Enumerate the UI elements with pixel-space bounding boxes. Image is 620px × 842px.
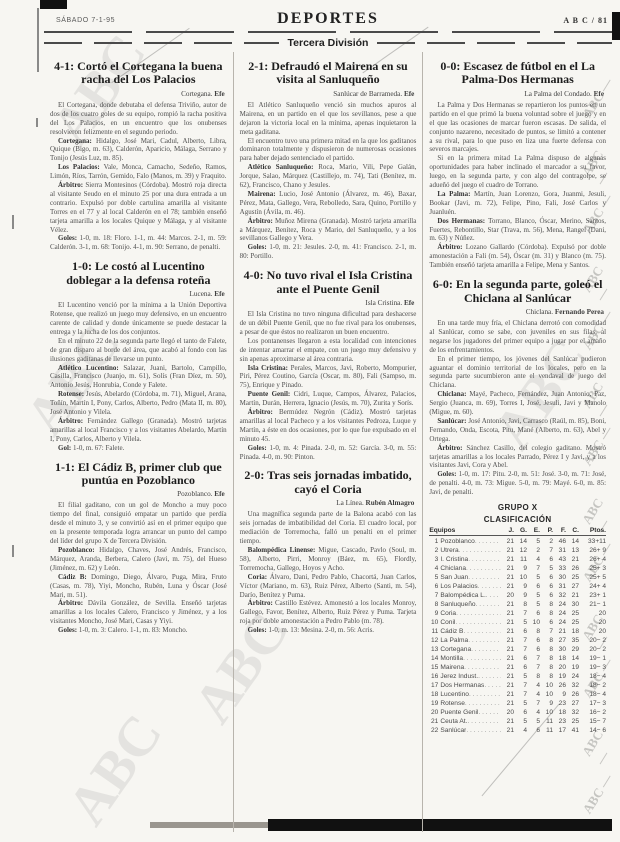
standings-points: 18− 4 [579,672,606,681]
standings-team: Los Palacios [440,582,477,591]
standings-rank: 4 [429,564,438,573]
article-paragraph: Goles: 1-0, m. 21: Jesules. 2-0, m. 41: … [240,243,417,261]
standings-value: 31 [553,546,566,555]
paragraph-lead: Gol: [58,444,73,452]
standings-value: 23 [553,717,566,726]
paragraph-lead: Rotense: [58,390,86,398]
standings-team: Pozoblanco [440,537,474,546]
article: 2-1: Defraudó el Mairena en su visita al… [240,60,417,261]
article-paragraph: Árbitro: Sánchez Casillo, del colegio ga… [429,444,606,471]
masthead: SÁBADO 7-1-95 DEPORTES A B C / 81 [44,10,612,32]
standings-value: 7 [514,645,527,654]
standings-row: 5 San Juan . . . . . . . . . . . . . . .… [429,573,606,582]
paragraph-lead: Los Palacios: [58,163,104,171]
standings-value: 20 [553,663,566,672]
standings-value: 21 [501,672,514,681]
paragraph-lead: Cádiz B: [58,573,91,581]
standings-value: 25 [566,618,579,627]
standings-row: 7 Balompédica L. . . . . . . . . . . . .… [429,591,606,600]
paragraph-lead: Árbitro: [58,599,88,607]
paragraph-lead: Goles: [248,626,269,634]
dot-leader: . . . . . . . . . . . . . . . . [466,564,501,573]
standings-points: 26+ 4 [579,555,606,564]
dash-rule-left [44,42,279,44]
standings-value: 9 [514,564,527,573]
article: 4-1: Cortó el Cortegana la buena racha d… [50,60,227,252]
paragraph-lead: Balompédica Linense: [248,546,319,554]
standings-rank: 7 [429,591,438,600]
standings-value: 8 [540,600,553,609]
standings-value: 21 [553,627,566,636]
standings-value: 32 [553,591,566,600]
standings-team: I. Cristina [440,555,468,564]
standings-value: 8 [527,627,540,636]
standings-value: 30 [553,573,566,582]
standings-row: 6 Los Palacios . . . . . . . . . . . . .… [429,582,606,591]
dot-leader: . . . . . . . . . . . . . . . . [468,555,501,564]
standings-value: 21 [501,573,514,582]
standings-header-cell: J. [501,527,514,534]
article-paragraph: El encuentro tuvo una primera mitad en l… [240,137,417,164]
paragraph-lead: Isla Cristina: [248,364,291,372]
standings-value: 4 [527,555,540,564]
standings-value: 21 [501,537,514,546]
standings-value: 14 [566,654,579,663]
dot-leader: . . . . . . . . . . . . . . . . [478,582,501,591]
standings-points: 21− 1 [579,600,606,609]
standings-value: 25 [566,609,579,618]
standings-team: Cortegana [440,645,471,654]
standings-value: 5 [514,618,527,627]
standings-value: 20 [501,591,514,600]
standings-value: 11 [540,726,553,735]
standings-value: 27 [566,699,579,708]
dot-leader: . . . . . . . . . . . . . . . . [463,654,501,663]
standings-value: 13 [566,546,579,555]
standings-rank: 20 [429,708,438,717]
dot-leader: . . . . . . . . . . . . . . . . [463,627,501,636]
article-paragraph: Árbitro: Dávila González, de Sevilla. En… [50,599,227,626]
byline-source: Fernando Perea [555,308,604,316]
article-paragraph: La Palma y Dos Hermanas se repartieron l… [429,101,606,154]
standings-row: 15 Mairena . . . . . . . . . . . . . . .… [429,663,606,672]
standings-team: Jerez Indust. [440,672,478,681]
scan-artifact-top-right [612,12,620,40]
standings-value: 26 [553,681,566,690]
standings-header-cell: Ptos. [579,527,606,534]
standings-points: 20 [579,627,606,636]
standings-value: 10 [514,573,527,582]
standings-value: 4 [527,690,540,699]
dot-leader: . . . . . . . . . . . . . . . . [476,600,501,609]
standings-value: 7 [514,681,527,690]
article-paragraph: Gol: 1-0, m. 67: Falete. [50,444,227,453]
standings-value: 25 [566,717,579,726]
byline-location: Cortegana. [181,90,214,98]
standings-value: 30 [553,645,566,654]
standings-value: 41 [566,726,579,735]
paragraph-lead: Goles: [248,444,270,452]
article-paragraph: Árbitro: Lozano Gallardo (Córdoba). Expu… [429,243,606,270]
article-headline: 1-1: El Cádiz B, primer club que puntúa … [52,461,225,488]
standings-row: 17 Dos Hermanas . . . . . . . . . . . . … [429,681,606,690]
standings-value: 2 [527,546,540,555]
article-paragraph: En una tarde muy fría, el Chiclana derro… [429,319,606,355]
standings-value: 19 [553,672,566,681]
byline-location: Isla Cristina. [365,299,404,307]
paragraph-lead: Dos Hermanas: [437,217,488,225]
standings-value: 35 [566,636,579,645]
standings-team: Balompédica L. [440,591,485,600]
standings-value: 21 [501,582,514,591]
paragraph-lead: Árbitro: [437,444,466,452]
standings-points: 16− 2 [579,708,606,717]
standings-points: 18− 2 [579,681,606,690]
standings-value: 7 [540,627,553,636]
byline-location: Lucena. [190,290,215,298]
standings-value: 6 [514,708,527,717]
byline-location: Pozoblanco. [177,490,214,498]
paragraph-lead: La Palma: [437,190,474,198]
dot-leader: . . . . . . . . . . . . . . . . [468,636,501,645]
standings-team: San Juan [440,573,468,582]
newspaper-page: ABCABCABCABCABCABC —ABC —ABC —ABC —ABC —… [0,0,620,842]
standings-points: 26+ 9 [579,546,606,555]
standings-value: 5 [527,591,540,600]
standings-team: Ceuta At. [440,717,467,726]
standings-group-title: GRUPO X [429,503,606,512]
standings-value: 21 [501,681,514,690]
article: 0-0: Escasez de fútbol en el La Palma-Do… [429,60,606,270]
standings-row: 9 Coria . . . . . . . . . . . . . . . .2… [429,609,606,618]
margin-mark [36,118,38,127]
standings-header-cell: E. [527,527,540,534]
byline-source: Rubén Almagro [366,499,415,507]
standings-value: 2 [540,537,553,546]
article: 4-0: No tuvo rival el Isla Cristina ante… [240,269,417,461]
paragraph-lead: Árbitro: [58,417,87,425]
standings-team: Puente Genil [440,708,478,717]
standings-team: Rotense [440,699,465,708]
standings-rank: 5 [429,573,438,582]
standings-value: 21 [501,618,514,627]
standings-value: 5 [540,564,553,573]
article-paragraph: Los pontanenses llegaron a esta localida… [240,337,417,364]
section-title: DEPORTES [44,10,612,28]
standings-value: 30 [566,600,579,609]
standings-team: Mairena [440,663,464,672]
dot-leader: . . . . . . . . . . . . . . . . [478,708,501,717]
paragraph-lead: Atlético Sanluqueño: [248,163,319,171]
standings-value: 21 [501,600,514,609]
column-3: 0-0: Escasez de fútbol en el La Palma-Do… [422,52,612,832]
byline-location: La Palma del Condado. [524,90,593,98]
standings-team: Utrera [440,546,458,555]
article-paragraph: Los Palacios: Vale, Monca, Camacho, Sede… [50,163,227,181]
article-paragraph: El Isla Cristina no tuvo ninguna dificul… [240,310,417,337]
standings-rank: 10 [429,618,438,627]
standings-value: 14 [514,537,527,546]
article-paragraph: Atlético Sanluqueño: Roca, Mario, Vili, … [240,163,417,190]
paragraph-lead: Atlético Lucentino: [58,364,123,372]
article: 2-0: Tras seis jornadas imbatido, cayó e… [240,469,417,635]
standings-value: 11 [514,555,527,564]
standings-value: 8 [540,672,553,681]
article-paragraph: Balompédica Linense: Migue, Cascado, Pav… [240,546,417,573]
standings-value: 21 [501,645,514,654]
standings-value: 27 [553,636,566,645]
article-headline: 4-0: No tuvo rival el Isla Cristina ante… [242,269,415,296]
standings-row: 16 Jerez Indust. . . . . . . . . . . . .… [429,672,606,681]
standings-points: 20− 2 [579,636,606,645]
article-byline: Chiclana. Fernando Perea [431,308,604,316]
article-paragraph: Mairena: Lucio, José Antonio (Álvarez, m… [240,190,417,217]
standings-row: 10 Conil . . . . . . . . . . . . . . . .… [429,618,606,627]
standings-value: 7 [527,663,540,672]
standings-value: 21 [501,654,514,663]
standings-points: 14− 6 [579,726,606,735]
byline-location: Chiclana. [526,308,555,316]
article-byline: Isla Cristina. Efe [242,299,415,307]
standings-row: 11 Cádiz B . . . . . . . . . . . . . . .… [429,627,606,636]
article-paragraph: El Cortegana, donde debutaba el defensa … [50,101,227,137]
standings-value: 7 [540,546,553,555]
standings-value: 10 [540,708,553,717]
standings-rank: 6 [429,582,438,591]
standings-value: 21 [501,636,514,645]
standings-value: 29 [566,645,579,654]
article-paragraph: Si en la primera mitad La Palma dispuso … [429,154,606,190]
standings-value: 7 [514,690,527,699]
standings-value: 5 [514,717,527,726]
standings-value: 5 [527,537,540,546]
standings-value: 21 [501,546,514,555]
column-2: 2-1: Defraudó el Mairena en su visita al… [233,52,423,832]
dot-leader: . . . . . . . . . . . . . . . . [467,717,501,726]
standings-row: 13 Cortegana . . . . . . . . . . . . . .… [429,645,606,654]
standings-rank: 22 [429,726,438,735]
standings-header-cell: Equipos [429,527,455,534]
article-paragraph: La Palma: Martín, Juan Lorenzo, Gora, Ju… [429,190,606,217]
standings-value: 24 [553,618,566,627]
dot-leader: . . . . . . . . . . . . . . . . [455,618,501,627]
standings-value: 6 [527,645,540,654]
standings-value: 21 [501,690,514,699]
paragraph-lead: Mairena: [248,190,280,198]
standings-rank: 19 [429,699,438,708]
standings-row: 4 Chiclana . . . . . . . . . . . . . . .… [429,564,606,573]
standings-value: 6 [527,726,540,735]
article-paragraph: Árbitro: Fernández Gallego (Granada). Mo… [50,417,227,444]
standings-team: Dos Hermanas [440,681,484,690]
byline-source: Efe [214,490,224,498]
paragraph-lead: Árbitro: [248,408,279,416]
standings-value: 25 [566,573,579,582]
standings-points: 23+ 1 [579,591,606,600]
article-paragraph: Dos Hermanas: Torrano, Blanco, Óscar, Me… [429,217,606,244]
standings-points: 19− 1 [579,654,606,663]
standings-value: 7 [514,609,527,618]
paragraph-lead: Cortegana: [58,137,96,145]
dot-leader: . . . . . . . . . . . . . . . . [484,681,501,690]
article-headline: 6-0: En la segunda parte, goleó el Chicl… [431,278,604,305]
standings-value: 46 [553,537,566,546]
margin-mark [12,215,14,229]
standings-value: 21 [501,555,514,564]
dot-leader: . . . . . . . . . . . . . . . . [459,546,501,555]
standings-value: 9 [553,690,566,699]
scan-artifact-top-left [40,0,67,9]
standings-row: 1 Pozoblanco . . . . . . . . . . . . . .… [429,537,606,546]
standings-value: 32 [566,681,579,690]
standings-points: 25+ 3 [579,564,606,573]
article-paragraph: Cádiz B: Domingo, Diego, Álvaro, Puga, M… [50,573,227,600]
standings-value: 8 [540,636,553,645]
article-paragraph: Isla Cristina: Perales, Marcos, Javi, Ro… [240,364,417,391]
standings-value: 10 [527,618,540,627]
standings-table: GRUPO XCLASIFICACIÓNEquiposJ.G.E.P.F.C.P… [429,503,606,735]
standings-value: 9 [514,582,527,591]
dot-leader: . . . . . . . . . . . . . . . . [475,537,501,546]
article-headline: 1-0: Le costó al Lucentino doblegar a la… [52,260,225,287]
standings-points: 20− 2 [579,645,606,654]
article-byline: La Palma del Condado. Efe [431,90,604,98]
standings-value: 6 [540,573,553,582]
standings-value: 6 [540,582,553,591]
standings-rank: 3 [429,555,438,564]
standings-value: 10 [540,681,553,690]
standings-value: 19 [566,663,579,672]
paragraph-lead: Puente Genil: [248,390,294,398]
standings-value: 8 [540,609,553,618]
margin-mark [37,8,39,72]
paragraph-lead: Goles: [437,470,458,478]
standings-value: 10 [540,690,553,699]
standings-value: 21 [566,591,579,600]
dot-leader: . . . . . . . . . . . . . . . . [468,573,501,582]
article-paragraph: Goles: 1-0, m. 17: Pitu. 2-0, m. 51: Jos… [429,470,606,497]
standings-title: CLASIFICACIÓN [429,515,606,524]
masthead-rule [44,31,612,33]
standings-value: 9 [514,591,527,600]
dot-leader: . . . . . . . . . . . . . . . . [464,663,501,672]
byline-source: Efe [594,90,604,98]
article-paragraph: Coria: Álvaro, Dani, Pedro Pablo, Chacor… [240,573,417,600]
article-headline: 2-1: Defraudó el Mairena en su visita al… [242,60,415,87]
article-paragraph: Árbitro: Muñoz Mirena (Granada). Mostró … [240,217,417,244]
standings-value: 6 [527,636,540,645]
standings-value: 21 [501,564,514,573]
standings-value: 5 [527,573,540,582]
standings-row: 21 Ceuta At. . . . . . . . . . . . . . .… [429,717,606,726]
article-paragraph: Goles: 1-0, m. 3: Calero. 1-1, m. 83: Mo… [50,626,227,635]
byline-location: La Línea. [336,499,365,507]
byline-location: Sanlúcar de Barrameda. [333,90,404,98]
paragraph-lead: Coria: [248,573,270,581]
standings-points: 17− 3 [579,699,606,708]
article-paragraph: Goles: 1-0, m. 18: Floro. 1-1, m. 44: Ma… [50,234,227,252]
standings-rank: 8 [429,600,438,609]
standings-value: 24 [553,609,566,618]
standings-value: 8 [527,672,540,681]
standings-row: 8 Sanluqueño . . . . . . . . . . . . . .… [429,600,606,609]
article-paragraph: Árbitro: Castillo Estévez. Amonestó a lo… [240,599,417,626]
standings-rank: 14 [429,654,438,663]
standings-points: 25+ 5 [579,573,606,582]
standings-team: Montilla [440,654,463,663]
article-byline: Cortegana. Efe [52,90,225,98]
article: 6-0: En la segunda parte, goleó el Chicl… [429,278,606,497]
standings-value: 4 [514,726,527,735]
dot-leader: . . . . . . . . . . . . . . . . [469,690,501,699]
standings-rank: 2 [429,546,438,555]
standings-rank: 17 [429,681,438,690]
article-paragraph: En el primer tiempo, los jóvenes del San… [429,355,606,391]
standings-value: 18 [566,627,579,636]
article-paragraph: Goles: 1-0, m. 13: Mesina. 2-0, m. 56: A… [240,626,417,635]
article-headline: 4-1: Cortó el Cortegana la buena racha d… [52,60,225,87]
standings-value: 6 [514,663,527,672]
standings-value: 6 [527,609,540,618]
standings-team: Coria [440,609,456,618]
standings-value: 5 [514,672,527,681]
article: 1-0: Le costó al Lucentino doblegar a la… [50,260,227,452]
standings-value: 21 [501,726,514,735]
column-1: 4-1: Cortó el Cortegana la buena racha d… [44,52,233,832]
standings-value: 6 [527,582,540,591]
standings-value: 21 [501,609,514,618]
article-paragraph: Sanlúcar: José Antonio, Javi, Carrasco (… [429,417,606,444]
standings-value: 6 [514,654,527,663]
standings-points: 20 [579,609,606,618]
byline-source: Efe [404,90,414,98]
paragraph-lead: Goles: [58,234,80,242]
dot-leader: . . . . . . . . . . . . . . . . [486,591,501,600]
standings-value: 7 [527,699,540,708]
standings-value: 24 [553,600,566,609]
standings-points: 15− 7 [579,717,606,726]
article-paragraph: Atlético Lucentino: Salazar, Juani, Bart… [50,364,227,391]
standings-points: 33+11 [579,537,606,546]
article-paragraph: Goles: 1-0, m. 4: Pinada. 2-0, m. 52: Ga… [240,444,417,462]
article-byline: Lucena. Efe [52,290,225,298]
dot-leader: . . . . . . . . . . . . . . . . [466,726,501,735]
standings-rank: 9 [429,609,438,618]
paragraph-lead: Pozoblanco: [58,546,99,554]
article: 1-1: El Cádiz B, primer club que puntúa … [50,461,227,635]
standings-value: 31 [553,582,566,591]
standings-points: 19− 3 [579,663,606,672]
margin-mark [12,545,14,557]
dot-leader: . . . . . . . . . . . . . . . . [465,699,501,708]
standings-row: 14 Montilla . . . . . . . . . . . . . . … [429,654,606,663]
article-paragraph: Pozoblanco: Hidalgo, Chaves, José Andrés… [50,546,227,573]
paragraph-lead: Goles: [248,243,270,251]
byline-source: Efe [214,90,224,98]
article-paragraph: Puente Genil: Cidri, Luque, Campos, Álva… [240,390,417,408]
article-paragraph: Árbitro: Bermúdez Negrón (Cádiz). Mostró… [240,408,417,444]
standings-value: 18 [553,654,566,663]
standings-rank: 21 [429,717,438,726]
standings-value: 21 [501,699,514,708]
standings-value: 21 [501,717,514,726]
standings-row: 22 Sanlúcar . . . . . . . . . . . . . . … [429,726,606,735]
standings-value: 23 [553,699,566,708]
paragraph-lead: Árbitro: [58,181,85,189]
article-paragraph: El Atlético Sanluqueño venció sin muchos… [240,101,417,137]
standings-value: 17 [553,726,566,735]
standings-points: 18− 4 [579,690,606,699]
